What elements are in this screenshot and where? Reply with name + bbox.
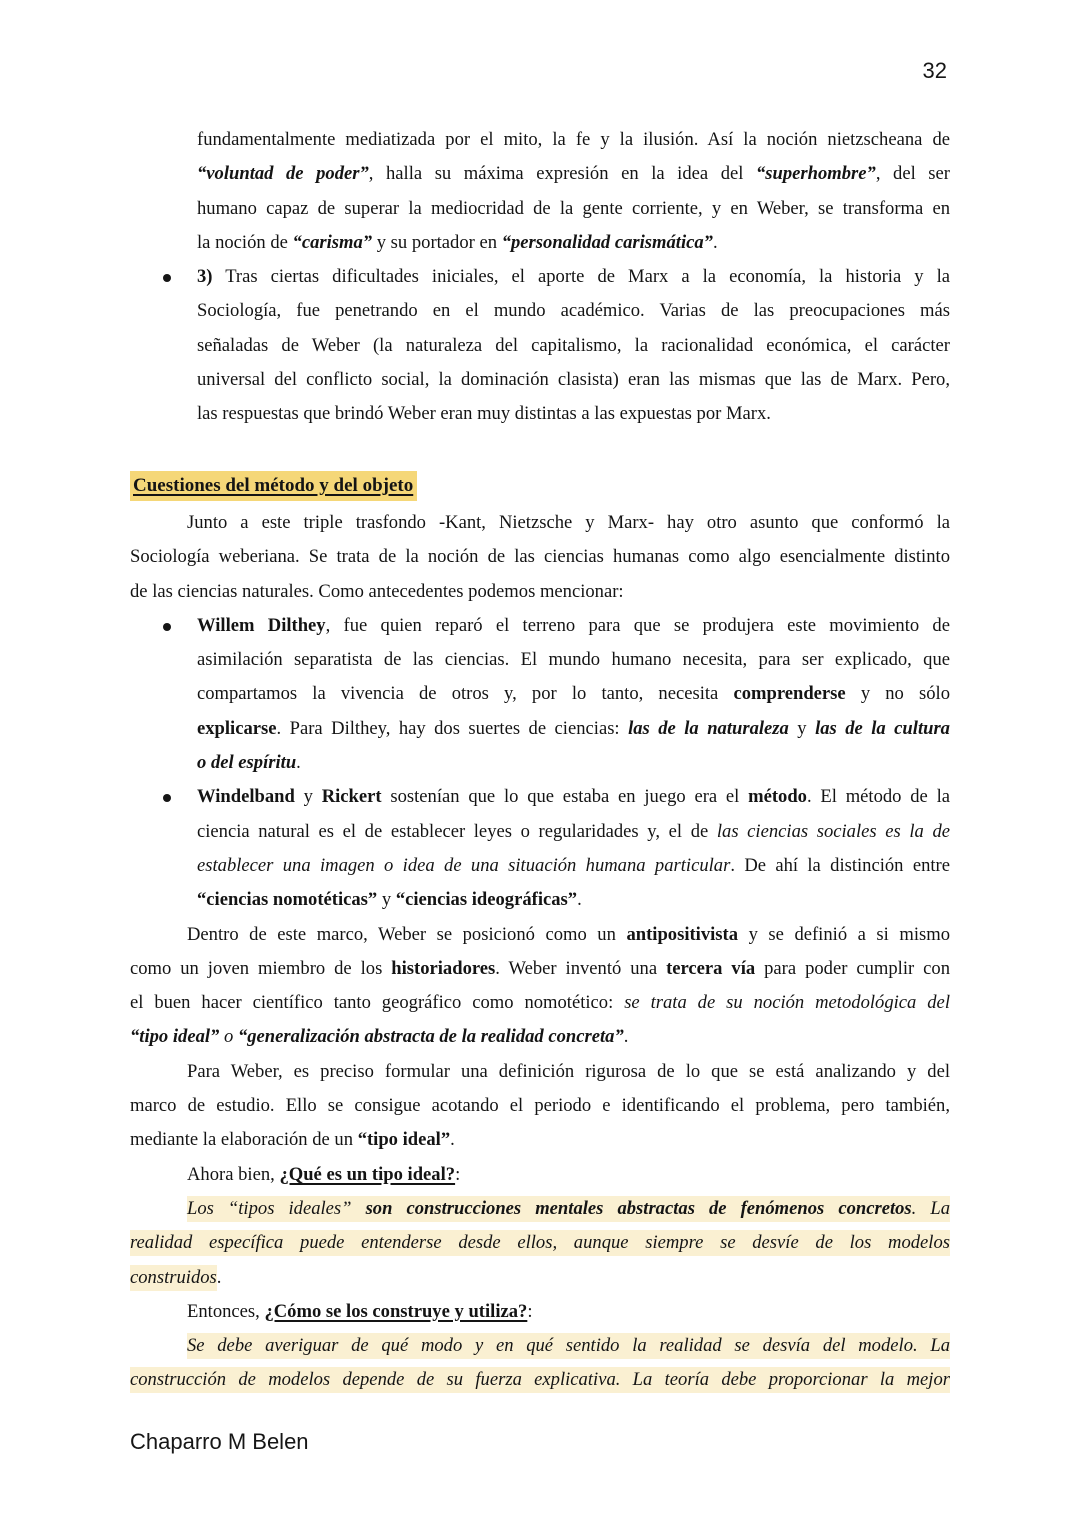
text-segment: “carisma”	[293, 232, 373, 253]
text-segment: .	[217, 1267, 222, 1288]
text-segment: fundamentalmente mediatizada por el mito…	[197, 129, 950, 150]
text-segment: , del ser	[876, 163, 950, 184]
text-segment: . De ahí la distinción entre	[730, 855, 950, 876]
text-segment: 3)	[197, 266, 213, 287]
text-segment: “personalidad carismática”	[502, 232, 713, 253]
text-line: construcción de modelos depende de su fu…	[130, 1363, 950, 1397]
text-segment: “ciencias nomotéticas”	[197, 889, 377, 910]
text-segment: método	[748, 786, 807, 807]
text-segment: y no sólo	[846, 683, 950, 704]
text-line: humano capaz de superar la mediocridad d…	[197, 192, 950, 226]
text-segment: o	[219, 1026, 238, 1047]
text-segment: las de la cultura	[815, 718, 950, 739]
text-segment: o del espíritu	[197, 752, 296, 773]
text-segment: .	[713, 232, 718, 253]
paragraph-averiguar-highlight: Se debe averiguar de qué modo y en qué s…	[130, 1329, 950, 1398]
text-segment: Cuestiones del método y del objeto	[130, 471, 417, 501]
text-segment: “voluntad de poder”	[197, 163, 369, 184]
text-line: de las ciencias naturales. Como antecede…	[130, 575, 950, 609]
text-segment: , halla su máxima expresión en la idea d…	[369, 163, 756, 184]
text-segment: . La	[912, 1196, 950, 1222]
text-line: Willem Dilthey, fue quien reparó el terr…	[197, 609, 950, 643]
text-line: “tipo ideal” o “generalización abstracta…	[130, 1020, 950, 1054]
text-segment: compartamos la vivencia de otros y, por …	[197, 683, 733, 704]
text-segment: y	[295, 786, 322, 807]
text-segment: son construcciones mentales abstractas d…	[366, 1196, 912, 1222]
text-segment: el buen hacer científico tanto geográfic…	[130, 992, 624, 1013]
section-heading-metodo-objeto: Cuestiones del método y del objeto	[130, 469, 950, 503]
text-segment: humano capaz de superar la mediocridad d…	[197, 198, 950, 219]
text-segment: mediante la elaboración de un	[130, 1129, 358, 1150]
text-line: compartamos la vivencia de otros y, por …	[197, 677, 950, 711]
paragraph-nietzsche-continuation: fundamentalmente mediatizada por el mito…	[130, 123, 950, 260]
text-line: universal del conflicto social, la domin…	[197, 363, 950, 397]
text-segment: construcción de modelos depende de su fu…	[130, 1367, 950, 1393]
text-line: fundamentalmente mediatizada por el mito…	[197, 123, 950, 157]
text-segment: Sociología weberiana. Se trata de la noc…	[130, 546, 950, 567]
text-segment: Entonces,	[187, 1301, 264, 1322]
text-line: construidos.	[130, 1261, 950, 1295]
text-line: Sociología weberiana. Se trata de la noc…	[130, 540, 950, 574]
document-page: { "page": { "number": "32", "footer": "C…	[0, 0, 1080, 1525]
bullet-item-marx: 3) Tras ciertas dificultades iniciales, …	[130, 260, 950, 431]
text-line: Sociología, fue penetrando en el mundo a…	[197, 294, 950, 328]
text-line: Para Weber, es preciso formular una defi…	[130, 1055, 950, 1089]
text-line: asimilación separatista de las ciencias.…	[197, 643, 950, 677]
text-segment: comprenderse	[733, 683, 845, 704]
line-question-como-se-construye: Entonces, ¿Cómo se los construye y utili…	[130, 1295, 950, 1329]
text-line: como un joven miembro de los historiador…	[130, 952, 950, 986]
text-segment: Ahora bien,	[187, 1164, 279, 1185]
text-segment: marco de estudio. Ello se consigue acota…	[130, 1095, 950, 1116]
document-body: fundamentalmente mediatizada por el mito…	[130, 123, 950, 1398]
text-segment: Para Weber, es preciso formular una defi…	[187, 1061, 950, 1082]
text-segment: y su portador en	[372, 232, 502, 253]
text-line: “ciencias nomotéticas” y “ciencias ideog…	[197, 883, 950, 917]
text-segment: y se definió a si mismo	[738, 924, 950, 945]
text-segment: Se debe averiguar de qué modo y en qué s…	[187, 1333, 950, 1359]
text-segment: construidos	[130, 1265, 217, 1291]
paragraph-antipositivista: Dentro de este marco, Weber se posicionó…	[130, 918, 950, 1055]
text-segment: Windelband	[197, 786, 295, 807]
text-segment: . Para Dilthey, hay dos suertes de cienc…	[277, 718, 629, 739]
paragraph-tipos-ideales-highlight: Los “tipos ideales” son construcciones m…	[130, 1192, 950, 1295]
text-line: las respuestas que brindó Weber eran muy…	[197, 397, 950, 431]
text-segment: las de la naturaleza	[628, 718, 789, 739]
text-segment: ciencia natural es el de establecer leye…	[197, 821, 717, 842]
footer-author: Chaparro M Belen	[130, 1429, 309, 1455]
text-segment: realidad específica puede entenderse des…	[130, 1230, 950, 1256]
text-segment: Tras ciertas dificultades iniciales, el …	[213, 266, 951, 287]
paragraph-triple-trasfondo: Junto a este triple trasfondo -Kant, Nie…	[130, 506, 950, 609]
text-segment: “superhombre”	[756, 163, 876, 184]
text-line: o del espíritu.	[197, 746, 950, 780]
text-segment: Willem Dilthey	[197, 615, 326, 636]
text-segment: de las ciencias naturales. Como antecede…	[130, 581, 624, 602]
page-number: 32	[923, 58, 947, 84]
text-segment: asimilación separatista de las ciencias.…	[197, 649, 950, 670]
text-segment: para poder cumplir con	[755, 958, 950, 979]
text-segment: Los “tipos ideales”	[187, 1196, 366, 1222]
text-segment: tercera vía	[666, 958, 755, 979]
text-segment: las respuestas que brindó Weber eran muy…	[197, 403, 771, 424]
text-segment: ¿Cómo se los construye y utiliza?	[264, 1301, 527, 1322]
text-line: Los “tipos ideales” son construcciones m…	[130, 1192, 950, 1226]
text-line: el buen hacer científico tanto geográfic…	[130, 986, 950, 1020]
text-segment: “ciencias ideográficas”	[396, 889, 577, 910]
text-segment: .	[296, 752, 301, 773]
text-segment: Rickert	[322, 786, 382, 807]
text-line: Se debe averiguar de qué modo y en qué s…	[130, 1329, 950, 1363]
text-segment: . Weber inventó una	[495, 958, 666, 979]
text-line: Cuestiones del método y del objeto	[130, 469, 950, 503]
text-segment: :	[527, 1301, 532, 1322]
bullet-item-windelband-rickert: Windelband y Rickert sostenían que lo qu…	[130, 780, 950, 917]
text-line: 3) Tras ciertas dificultades iniciales, …	[197, 260, 950, 294]
text-segment: .	[577, 889, 582, 910]
text-segment: las ciencias sociales es la de	[717, 821, 950, 842]
text-segment: sostenían que lo que estaba en juego era…	[382, 786, 749, 807]
bullet-icon	[163, 274, 171, 282]
text-line: marco de estudio. Ello se consigue acota…	[130, 1089, 950, 1123]
bullet-icon	[163, 623, 171, 631]
text-line: Ahora bien, ¿Qué es un tipo ideal?:	[130, 1158, 950, 1192]
text-segment: se trata de su noción metodológica del	[624, 992, 950, 1013]
bullet-icon	[163, 794, 171, 802]
text-segment: y	[789, 718, 815, 739]
text-segment: ¿Qué es un tipo ideal?	[279, 1164, 455, 1185]
text-segment: .	[624, 1026, 629, 1047]
text-segment: la noción de	[197, 232, 293, 253]
text-segment: “tipo ideal”	[358, 1129, 450, 1150]
text-line: establecer una imagen o idea de una situ…	[197, 849, 950, 883]
text-segment: :	[455, 1164, 460, 1185]
text-segment: antipositivista	[626, 924, 738, 945]
text-segment: .	[450, 1129, 455, 1150]
text-segment: Sociología, fue penetrando en el mundo a…	[197, 300, 950, 321]
text-line: Dentro de este marco, Weber se posicionó…	[130, 918, 950, 952]
text-line: mediante la elaboración de un “tipo idea…	[130, 1123, 950, 1157]
text-segment: “generalización abstracta de la realidad…	[238, 1026, 624, 1047]
text-segment: . El método de la	[807, 786, 950, 807]
text-segment: Junto a este triple trasfondo -Kant, Nie…	[187, 512, 950, 533]
text-line: realidad específica puede entenderse des…	[130, 1226, 950, 1260]
text-segment: como un joven miembro de los	[130, 958, 391, 979]
bullet-item-dilthey: Willem Dilthey, fue quien reparó el terr…	[130, 609, 950, 780]
text-segment: explicarse	[197, 718, 277, 739]
text-line: “voluntad de poder”, halla su máxima exp…	[197, 157, 950, 191]
text-line: Windelband y Rickert sostenían que lo qu…	[197, 780, 950, 814]
text-line: explicarse. Para Dilthey, hay dos suerte…	[197, 712, 950, 746]
text-segment: señaladas de Weber (la naturaleza del ca…	[197, 335, 950, 356]
text-segment: Dentro de este marco, Weber se posicionó…	[187, 924, 626, 945]
text-segment: , fue quien reparó el terreno para que s…	[326, 615, 950, 636]
text-segment: y	[377, 889, 396, 910]
line-question-que-es-tipo-ideal: Ahora bien, ¿Qué es un tipo ideal?:	[130, 1158, 950, 1192]
paragraph-definicion-rigurosa: Para Weber, es preciso formular una defi…	[130, 1055, 950, 1158]
text-segment: historiadores	[391, 958, 495, 979]
text-line: señaladas de Weber (la naturaleza del ca…	[197, 329, 950, 363]
text-line: Entonces, ¿Cómo se los construye y utili…	[130, 1295, 950, 1329]
text-segment: “tipo ideal”	[130, 1026, 219, 1047]
text-line: la noción de “carisma” y su portador en …	[197, 226, 950, 260]
text-segment: universal del conflicto social, la domin…	[197, 369, 950, 390]
text-segment: establecer una imagen o idea de una situ…	[197, 855, 730, 876]
text-line: Junto a este triple trasfondo -Kant, Nie…	[130, 506, 950, 540]
text-line: ciencia natural es el de establecer leye…	[197, 815, 950, 849]
